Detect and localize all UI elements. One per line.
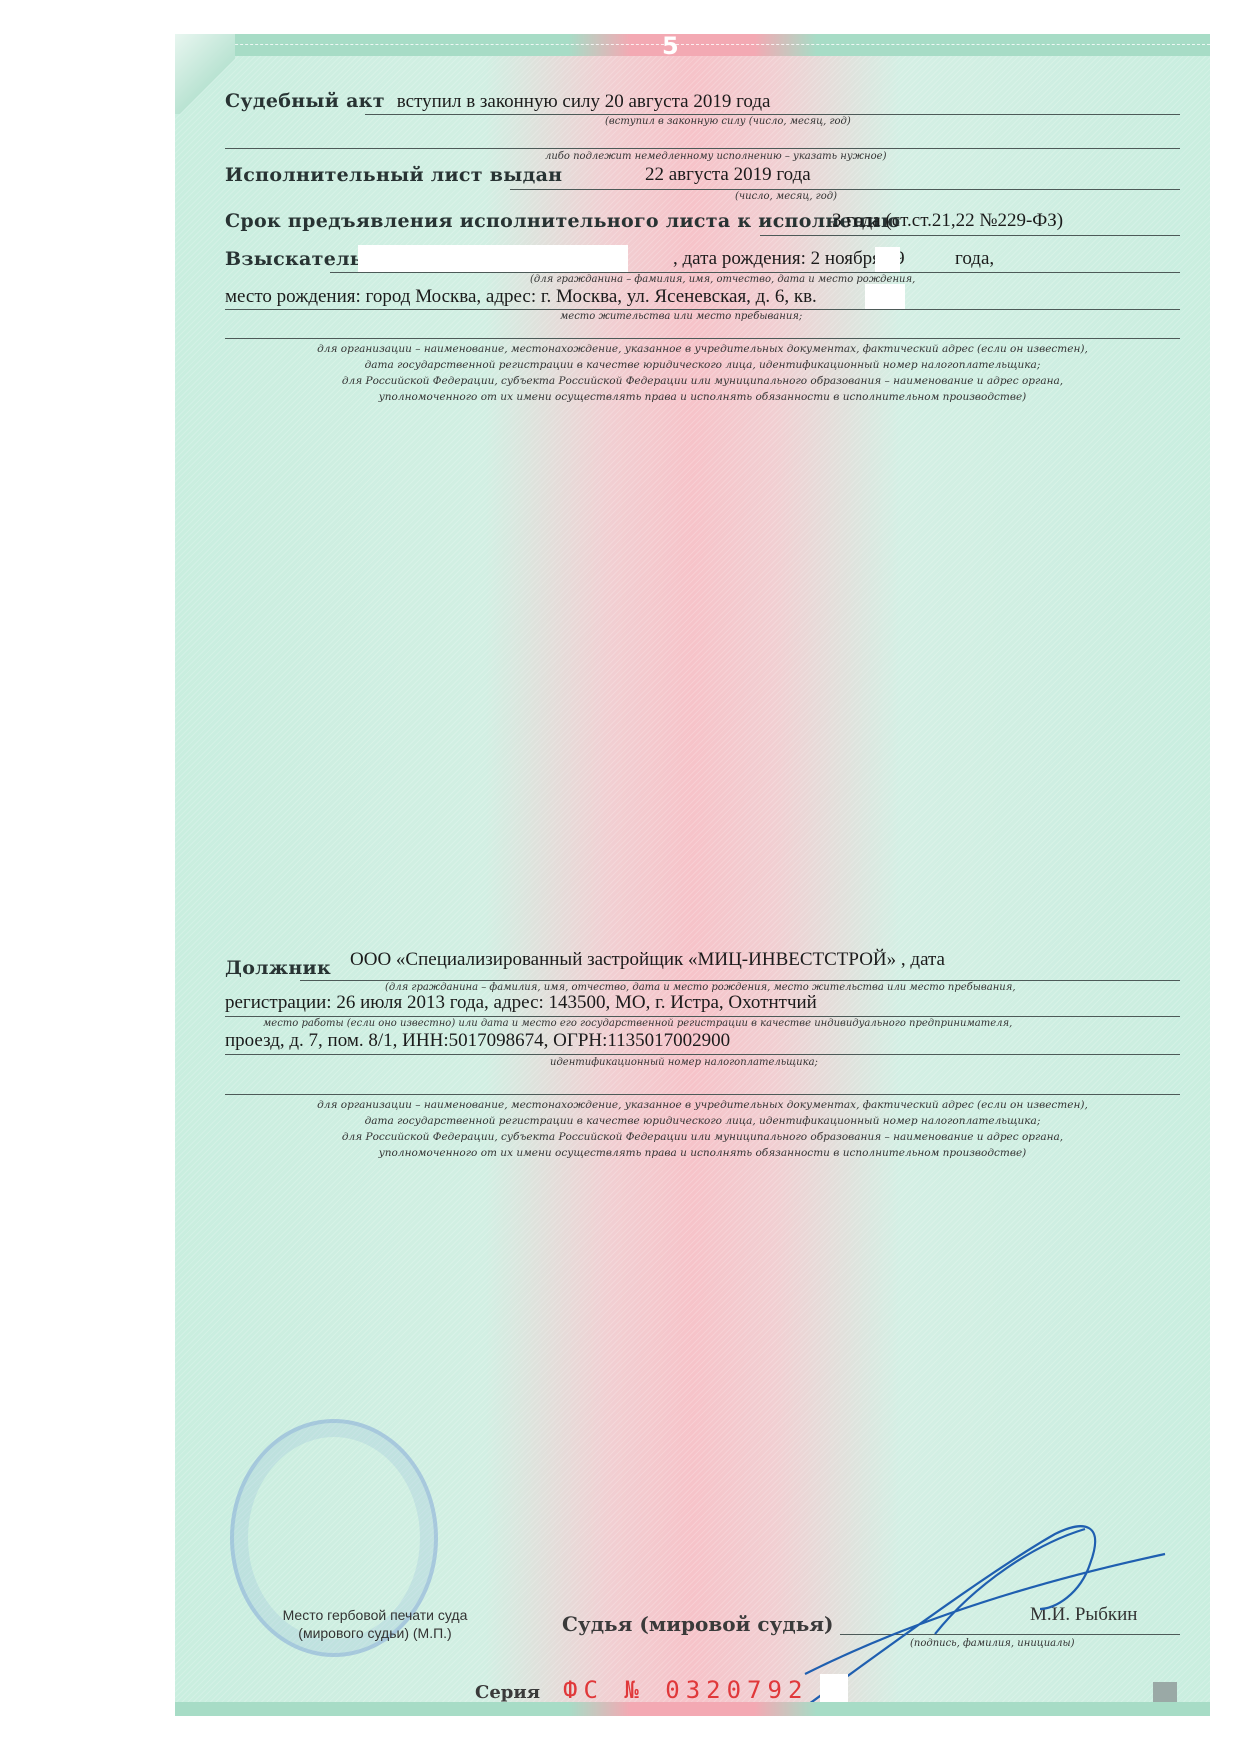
debtor-row: Должник ООО «Специализированный застройщ… <box>225 949 1180 971</box>
redacted-apartment <box>865 284 905 310</box>
debtor-org-hint-line: уполномоченного от их имени осуществлять… <box>225 1145 1180 1161</box>
court-act-hint: (вступил в законную силу (число, месяц, … <box>605 116 851 127</box>
redacted-claimant-name <box>358 245 628 273</box>
debtor-org-hint-line: дата государственной регистрации в качес… <box>225 1113 1180 1129</box>
series-number: ФС № 0320792 <box>563 1676 808 1704</box>
stamp-caption: Место гербовой печати суда (мирового суд… <box>245 1606 505 1642</box>
claimant-line <box>330 272 1180 273</box>
debtor-ids-line <box>225 1054 1180 1055</box>
claimant-birth-date: , дата рождения: 2 ноября 19 <box>673 248 905 270</box>
court-act-value: вступил в законную силу 20 августа 2019 … <box>397 91 771 112</box>
redacted-birth-year <box>875 247 900 273</box>
debtor-registration-line <box>225 1016 1180 1017</box>
writ-issued-hint: (число, месяц, год) <box>735 191 837 202</box>
debtor-ids-hint: идентификационный номер налогоплательщик… <box>550 1057 818 1068</box>
debtor-org-hint: для организации – наименование, местонах… <box>225 1097 1180 1161</box>
series-label: Серия <box>475 1682 540 1703</box>
debtor-label: Должник <box>225 957 331 979</box>
court-act-line-2 <box>225 148 1180 149</box>
writ-issued-label: Исполнительный лист выдан <box>225 164 562 186</box>
claimant-org-hint-line: уполномоченного от их имени осуществлять… <box>225 389 1180 405</box>
stamp-caption-line-2: (мирового судьи) (М.П.) <box>245 1624 505 1642</box>
judge-signature-icon <box>785 1514 1205 1724</box>
debtor-ids: проезд, д. 7, пом. 8/1, ИНН:5017098674, … <box>225 1030 730 1051</box>
debtor-ids-row: проезд, д. 7, пом. 8/1, ИНН:5017098674, … <box>225 1030 1180 1052</box>
claimant-org-hint: для организации – наименование, местонах… <box>225 341 1180 405</box>
claimant-hint: (для гражданина – фамилия, имя, отчество… <box>530 274 915 285</box>
term-label: Срок предъявления исполнительного листа … <box>225 210 900 232</box>
claimant-org-hint-line: дата государственной регистрации в качес… <box>225 357 1180 373</box>
claimant-org-hint-line: для Российской Федерации, субъекта Росси… <box>225 373 1180 389</box>
debtor-line <box>300 980 1180 981</box>
page-number: 5 <box>662 32 679 60</box>
term-value: 3 года (ст.ст.21,22 №229-ФЗ) <box>832 210 1063 232</box>
court-act-row: Судебный акт вступил в законную силу 20 … <box>225 90 1180 113</box>
term-row: Срок предъявления исполнительного листа … <box>225 210 1180 232</box>
claimant-address: место рождения: город Москва, адрес: г. … <box>225 286 817 307</box>
writ-issued-value: 22 августа 2019 года <box>645 164 811 186</box>
stamp-caption-line-1: Место гербовой печати суда <box>245 1606 505 1624</box>
court-act-line <box>365 114 1180 115</box>
claimant-address-hint: место жительства или место пребывания; <box>560 311 802 322</box>
writ-of-execution-page: 5 Судебный акт вступил в законную силу 2… <box>175 34 1210 1716</box>
debtor-org-hint-line: для организации – наименование, местонах… <box>225 1097 1180 1113</box>
claimant-org-line <box>225 338 1180 339</box>
debtor-org-line <box>225 1094 1180 1095</box>
claimant-year-suffix: года, <box>955 248 994 270</box>
claimant-address-line <box>225 309 1180 310</box>
debtor-registration: регистрации: 26 июля 2013 года, адрес: 1… <box>225 992 817 1013</box>
debtor-org-hint-line: для Российской Федерации, субъекта Росси… <box>225 1129 1180 1145</box>
claimant-label: Взыскатель <box>225 248 363 270</box>
debtor-name: ООО «Специализированный застройщик «МИЦ-… <box>350 949 945 971</box>
writ-issued-line <box>510 189 1180 190</box>
debtor-registration-row: регистрации: 26 июля 2013 года, адрес: 1… <box>225 992 1180 1014</box>
top-band: 5 <box>175 34 1210 56</box>
court-act-label: Судебный акт <box>225 90 385 112</box>
writ-issued-row: Исполнительный лист выдан 22 августа 201… <box>225 164 1180 186</box>
claimant-address-row: место рождения: город Москва, адрес: г. … <box>225 286 1180 308</box>
term-line <box>760 235 1180 236</box>
debtor-registration-hint: место работы (если оно известно) или дат… <box>263 1018 1012 1029</box>
bottom-band <box>175 1702 1210 1716</box>
court-act-hint-2: либо подлежит немедленному исполнению – … <box>545 151 886 162</box>
claimant-org-hint-line: для организации – наименование, местонах… <box>225 341 1180 357</box>
